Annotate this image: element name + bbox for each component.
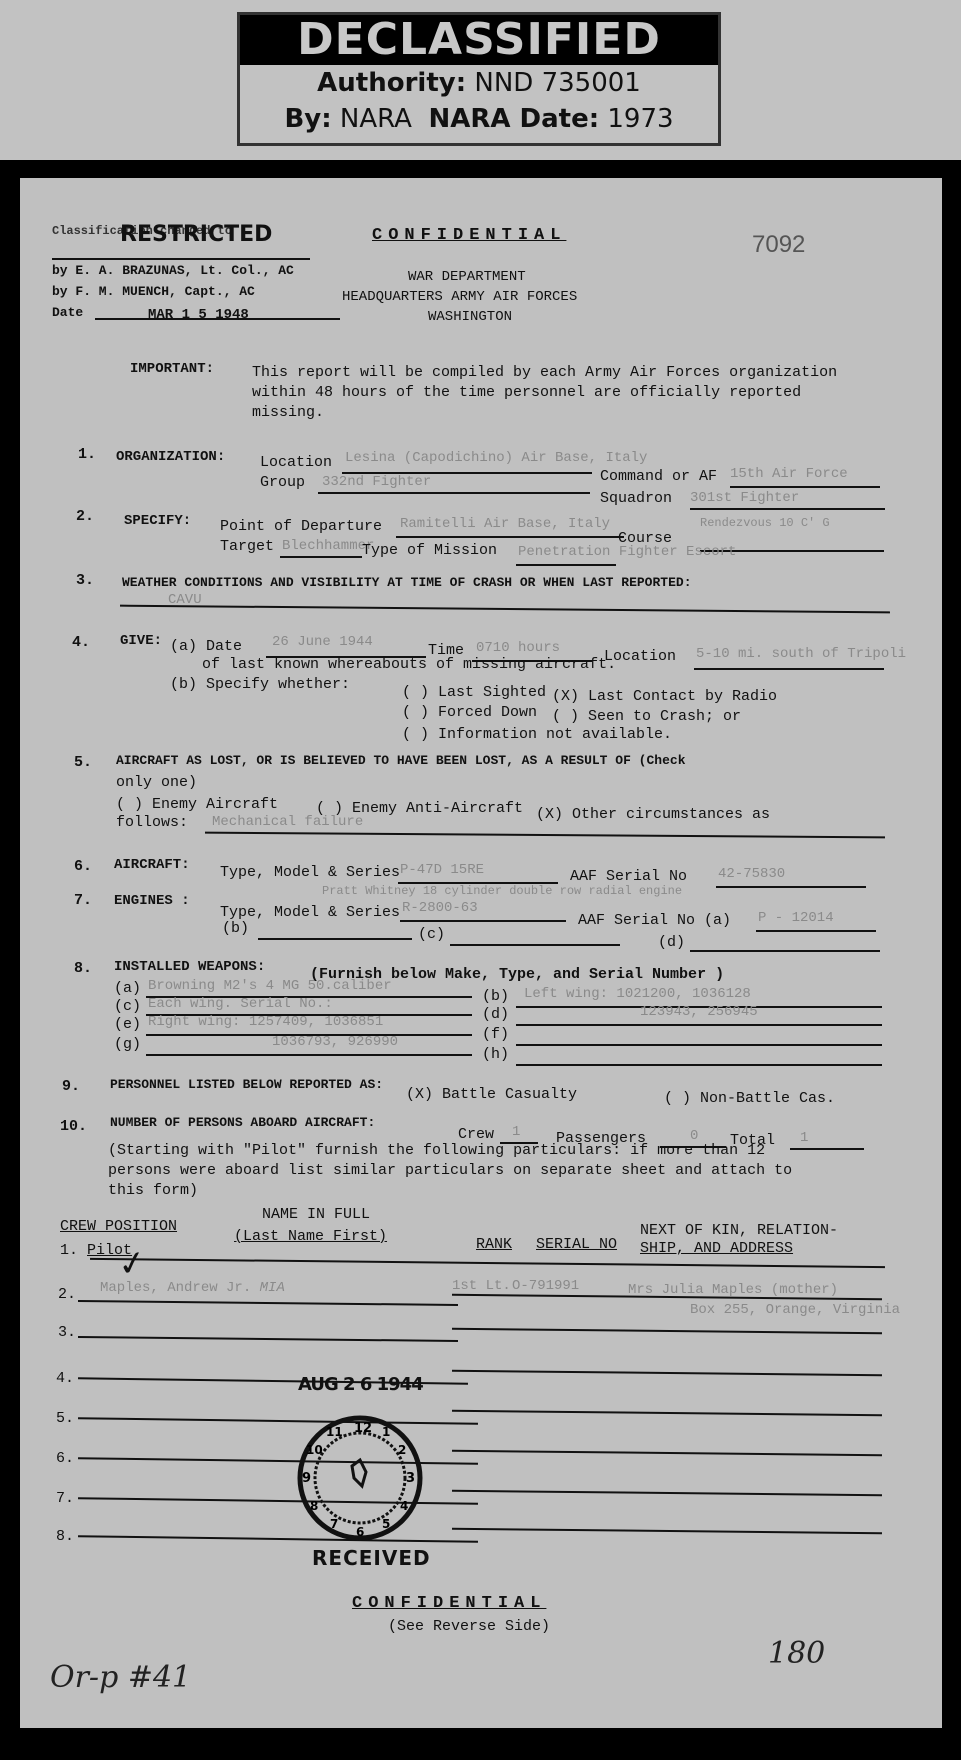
weapon-b-value: Left wing: 1021200, 1036128 [524, 986, 751, 1002]
kin-header-top: NEXT OF KIN, RELATION- [640, 1222, 838, 1240]
engine-description: Pratt Whitney 18 cylinder double row rad… [322, 884, 682, 898]
authority-label: Authority: [317, 68, 466, 98]
group-value: 332nd Fighter [322, 474, 431, 490]
reclass-date-value: MAR 1 5 1948 [148, 306, 249, 324]
received-label: RECEIVED [312, 1546, 431, 1570]
section-10-number: 10. [60, 1118, 87, 1136]
crew-value: 1 [512, 1124, 520, 1140]
command-value: 15th Air Force [730, 466, 848, 482]
important-line-1: This report will be compiled by each Arm… [252, 364, 837, 382]
follows-label: follows: [116, 814, 188, 832]
persons-note-line-3: this form) [108, 1182, 198, 1200]
svg-text:11: 11 [326, 1425, 343, 1439]
aircraft-label: AIRCRAFT: [114, 856, 190, 874]
declassified-title: DECLASSIFIED [240, 15, 718, 65]
see-reverse-note: (See Reverse Side) [388, 1618, 550, 1636]
weapon-a-label: (a) [114, 980, 141, 998]
svg-text:1: 1 [382, 1425, 390, 1439]
mission-type-value: Penetration Fighter Escort [518, 544, 736, 560]
option-forced-down[interactable]: ( ) Forced Down [402, 704, 537, 722]
engines-label: ENGINES : [114, 892, 190, 910]
kin-header-bottom: SHIP, AND ADDRESS [640, 1240, 793, 1258]
svg-text:7: 7 [330, 1517, 338, 1531]
option-last-sighted[interactable]: ( ) Last Sighted [402, 684, 546, 702]
crew-serial-value: O-791991 [512, 1278, 579, 1294]
engine-serial-value: P - 12014 [758, 910, 834, 926]
confidential-header: CONFIDENTIAL [372, 226, 566, 245]
nara-date-label: NARA Date: [428, 104, 599, 134]
engine-serial-label: AAF Serial No (a) [578, 912, 731, 930]
weather-label: WEATHER CONDITIONS AND VISIBILITY AT TIM… [122, 574, 692, 592]
row-number: 2. [58, 1286, 76, 1304]
command-label: Command or AF [600, 468, 717, 486]
specify-label: SPECIFY: [124, 512, 191, 530]
section-5-number: 5. [74, 754, 92, 772]
weapon-c-value: Each wing. Serial No.: [148, 996, 333, 1012]
weapon-f-label: (f) [482, 1026, 509, 1044]
crew-name-value: Maples, Andrew Jr. MIA [100, 1280, 285, 1296]
section-4-number: 4. [72, 634, 90, 652]
row-number: 7. [56, 1490, 74, 1508]
by-line: By: NARA NARA Date: 1973 [240, 101, 718, 137]
engine-b-label: (b) [222, 920, 249, 938]
clock-icon: 12 1 2 3 4 5 6 7 8 9 10 11 [296, 1414, 424, 1542]
option-info-not-available[interactable]: ( ) Information not available. [402, 726, 672, 744]
section-3-number: 3. [76, 572, 94, 590]
aircraft-serial-value: 42-75830 [718, 866, 785, 882]
nara-date-value: 1973 [607, 104, 673, 134]
date-value: 26 June 1944 [272, 634, 373, 650]
check-one-label: only one) [116, 774, 197, 792]
target-value: Blechhammer [282, 538, 374, 554]
svg-text:9: 9 [302, 1471, 311, 1486]
section-7-number: 7. [74, 892, 92, 910]
handwritten-reference: Or-p #41 [50, 1660, 191, 1695]
engine-d-label: (d) [658, 934, 685, 952]
row-number: 5. [56, 1410, 74, 1428]
give-label: GIVE: [120, 632, 162, 650]
restricted-stamp: RESTRICTED [120, 222, 272, 247]
crew-rank-value: 1st Lt. [452, 1278, 511, 1294]
departure-label: Point of Departure [220, 518, 382, 536]
by-label: By: [284, 104, 331, 134]
hq-aaf: HEADQUARTERS ARMY AIR FORCES [342, 288, 577, 306]
engine-type-value: R-2800-63 [402, 900, 478, 916]
authority-line: Authority: NND 735001 [240, 65, 718, 101]
reclassified-by-1: by E. A. BRAZUNAS, Lt. Col., AC [52, 262, 294, 280]
war-department: WAR DEPARTMENT [408, 268, 526, 286]
option-seen-to-crash[interactable]: ( ) Seen to Crash; or [552, 708, 741, 726]
weapon-b-label: (b) [482, 988, 509, 1006]
option-last-contact-radio[interactable]: (X) Last Contact by Radio [552, 688, 777, 706]
confidential-footer: CONFIDENTIAL [352, 1594, 546, 1613]
svg-text:12: 12 [354, 1421, 372, 1436]
target-label: Target [220, 538, 274, 556]
weapon-e-label: (e) [114, 1016, 141, 1034]
svg-text:10: 10 [306, 1443, 323, 1457]
name-header-top: NAME IN FULL [262, 1206, 370, 1224]
section-9-number: 9. [62, 1078, 80, 1096]
washington: WASHINGTON [428, 308, 512, 326]
option-non-battle-casualty[interactable]: ( ) Non-Battle Cas. [664, 1090, 835, 1108]
crash-location-value: 5-10 mi. south of Tripoli [696, 646, 906, 662]
serial-header: SERIAL NO [536, 1236, 617, 1254]
aircraft-type-value: P-47D 15RE [400, 862, 484, 878]
weapon-h-label: (h) [482, 1046, 509, 1064]
important-line-3: missing. [252, 404, 324, 422]
squadron-value: 301st Fighter [690, 490, 799, 506]
section-1-number: 1. [78, 446, 96, 464]
location-label: Location [260, 454, 332, 472]
weapon-d-label: (d) [482, 1006, 509, 1024]
scan-border-left [0, 160, 20, 1760]
location-value: Lesina (Capodichino) Air Base, Italy [345, 450, 647, 466]
section-2-number: 2. [76, 508, 94, 526]
specify-whether-label: (b) Specify whether: [170, 676, 350, 694]
reclass-date-label: Date [52, 304, 83, 322]
name-header-bottom: (Last Name First) [234, 1228, 387, 1246]
important-label: IMPORTANT: [130, 360, 214, 378]
squadron-label: Squadron [600, 490, 672, 508]
total-value: 1 [800, 1130, 808, 1146]
authority-value: NND 735001 [474, 68, 640, 98]
section-6-number: 6. [74, 858, 92, 876]
weapon-a-value: Browning M2's 4 MG 50.caliber [148, 978, 392, 994]
option-other-circumstances[interactable]: (X) Other circumstances as [536, 806, 770, 824]
date-label: (a) Date [170, 638, 242, 656]
received-date-stamp: AUG 2 6 1944 [298, 1374, 423, 1395]
circumstances-value: Mechanical failure [212, 814, 363, 830]
handwritten-page-number: 180 [768, 1636, 825, 1671]
persons-note-line-1: (Starting with "Pilot" furnish the follo… [108, 1142, 765, 1160]
svg-text:8: 8 [310, 1499, 318, 1513]
row-number: 3. [58, 1324, 76, 1342]
engine-c-label: (c) [418, 926, 445, 944]
declassified-stamp: DECLASSIFIED Authority: NND 735001 By: N… [237, 12, 721, 146]
section-8-number: 8. [74, 960, 92, 978]
lost-as-result-label: AIRCRAFT AS LOST, OR IS BELIEVED TO HAVE… [116, 752, 686, 770]
persons-aboard-label: NUMBER OF PERSONS ABOARD AIRCRAFT: [110, 1114, 375, 1132]
group-label: Group [260, 474, 305, 492]
weapon-c-label: (c) [114, 998, 141, 1016]
svg-text:3: 3 [406, 1471, 415, 1486]
course-value: Rendezvous 10 C' G [700, 516, 830, 530]
departure-value: Ramitelli Air Base, Italy [400, 516, 610, 532]
installed-weapons-label: INSTALLED WEAPONS: [114, 958, 265, 976]
whereabouts-text: of last known whereabouts of missing air… [202, 656, 616, 674]
reclassified-by-2: by F. M. MUENCH, Capt., AC [52, 283, 255, 301]
option-battle-casualty[interactable]: (X) Battle Casualty [406, 1086, 577, 1104]
rank-header: RANK [476, 1236, 512, 1254]
row-number: 6. [56, 1450, 74, 1468]
personnel-reported-label: PERSONNEL LISTED BELOW REPORTED AS: [110, 1076, 383, 1094]
time-value: 0710 hours [476, 640, 560, 656]
svg-text:4: 4 [400, 1499, 408, 1513]
svg-text:5: 5 [382, 1517, 390, 1531]
received-clock-stamp: 12 1 2 3 4 5 6 7 8 9 10 11 [296, 1414, 424, 1542]
scan-border-right [942, 160, 961, 1760]
scan-border-bottom [0, 1728, 961, 1760]
weapon-g-value: 1036793, 926990 [272, 1034, 398, 1050]
aircraft-type-label: Type, Model & Series [220, 864, 400, 882]
organization-label: ORGANIZATION: [116, 448, 225, 466]
next-of-kin-address: Box 255, Orange, Virginia [690, 1302, 900, 1318]
crew-position-header: CREW POSITION [60, 1218, 177, 1236]
persons-note-line-2: persons were aboard list similar particu… [108, 1162, 792, 1180]
weapon-g-label: (g) [114, 1036, 141, 1054]
svg-text:6: 6 [356, 1525, 364, 1539]
option-enemy-aircraft[interactable]: ( ) Enemy Aircraft [116, 796, 278, 814]
svg-text:2: 2 [398, 1443, 406, 1457]
weapon-e-value: Right wing: 1257409, 1036851 [148, 1014, 383, 1030]
row-number: 8. [56, 1528, 74, 1546]
important-line-2: within 48 hours of the time personnel ar… [252, 384, 801, 402]
document-number: 7092 [752, 236, 805, 254]
weapon-d-value: 123943, 256945 [640, 1004, 758, 1020]
by-value: NARA [340, 104, 412, 134]
document-page [20, 178, 942, 1730]
row-number: 1. [60, 1242, 78, 1259]
mission-type-label: Type of Mission [362, 542, 497, 560]
row-number: 4. [56, 1370, 74, 1388]
